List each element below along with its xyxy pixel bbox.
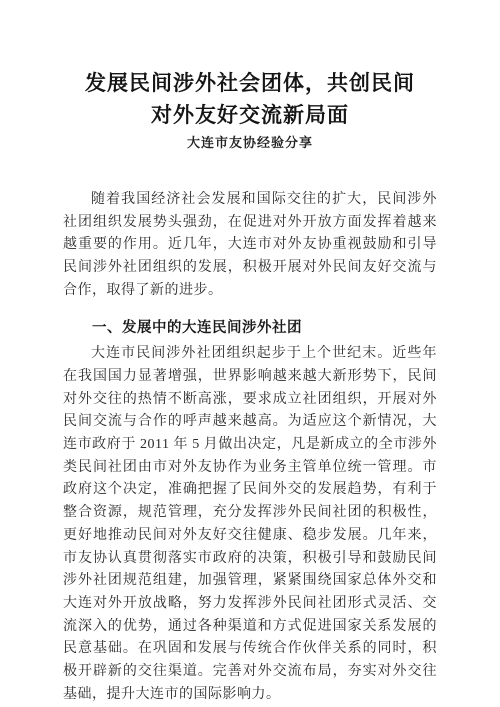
section-heading-1: 一、发展中的大连民间涉外社团 <box>63 317 437 340</box>
document-title-line-2: 对外友好交流新局面 <box>151 104 349 127</box>
document-title: 发展民间涉外社会团体，共创民间对外友好交流新局面 <box>63 68 437 132</box>
document-subtitle: 大连市友协经验分享 <box>63 133 437 153</box>
document-page: 发展民间涉外社会团体，共创民间对外友好交流新局面 大连市友协经验分享 随着我国经… <box>0 0 500 707</box>
paragraph-intro: 随着我国经济社会发展和国际交往的扩大，民间涉外社团组织发展势头强劲，在促进对外开… <box>63 189 437 303</box>
paragraph-section-1-body: 大连市民间涉外社团组织起步于上个世纪末。近些年在我国国力显著增强，世界影响越来越… <box>63 343 437 706</box>
document-title-line-1: 发展民间涉外社会团体，共创民间 <box>85 72 415 95</box>
